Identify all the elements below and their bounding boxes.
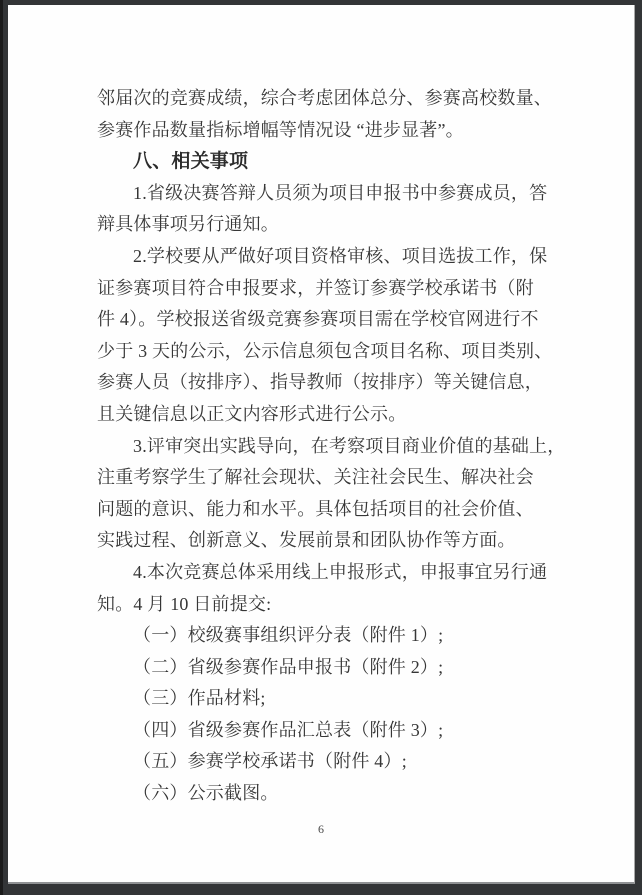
text-line: 件 4）。学校报送省级竞赛参赛项目需在学校官网进行不 <box>97 304 557 336</box>
document-page: 邻届次的竞赛成绩，综合考虑团体总分、参赛高校数量、参赛作品数量指标增幅等情况设 … <box>8 5 635 884</box>
text-line: （二）省级参赛作品申报书（附件 2）; <box>97 652 557 684</box>
text-line: 参赛作品数量指标增幅等情况设 “进步显著”。 <box>97 115 557 147</box>
text-line: 4.本次竞赛总体采用线上申报形式，申报事宜另行通 <box>97 557 557 589</box>
text-line: 且关键信息以正文内容形式进行公示。 <box>97 399 557 431</box>
text-line: 3.评审突出实践导向，在考察项目商业价值的基础上， <box>97 431 557 463</box>
text-line: （一）校级赛事组织评分表（附件 1）; <box>97 620 557 652</box>
text-line: 1.省级决赛答辩人员须为项目申报书中参赛成员，答 <box>97 178 557 210</box>
section-heading: 八、相关事项 <box>97 146 557 178</box>
text-line: 2.学校要从严做好项目资格审核、项目选拔工作，保 <box>97 241 557 273</box>
text-line: 邻届次的竞赛成绩，综合考虑团体总分、参赛高校数量、 <box>97 83 557 115</box>
text-line: 注重考察学生了解社会现状、关注社会民生、解决社会 <box>97 462 557 494</box>
text-line: 知。4 月 10 日前提交: <box>97 589 557 621</box>
text-line: 证参赛项目符合申报要求，并签订参赛学校承诺书（附 <box>97 273 557 305</box>
text-line: （三）作品材料; <box>97 683 557 715</box>
text-line: 参赛人员（按排序）、指导教师（按排序）等关键信息， <box>97 367 557 399</box>
page-number: 6 <box>8 822 634 837</box>
text-line: （四）省级参赛作品汇总表（附件 3）; <box>97 715 557 747</box>
text-line: （五）参赛学校承诺书（附件 4）; <box>97 746 557 778</box>
text-line: 少于 3 天的公示，公示信息须包含项目名称、项目类别、 <box>97 336 557 368</box>
text-line: 辩具体事项另行通知。 <box>97 209 557 241</box>
document-text: 邻届次的竞赛成绩，综合考虑团体总分、参赛高校数量、参赛作品数量指标增幅等情况设 … <box>97 83 557 810</box>
text-line: 问题的意识、能力和水平。具体包括项目的社会价值、 <box>97 494 557 526</box>
document-viewer[interactable]: 邻届次的竞赛成绩，综合考虑团体总分、参赛高校数量、参赛作品数量指标增幅等情况设 … <box>0 0 642 895</box>
text-line: （六）公示截图。 <box>97 778 557 810</box>
text-line: 实践过程、创新意义、发展前景和团队协作等方面。 <box>97 525 557 557</box>
